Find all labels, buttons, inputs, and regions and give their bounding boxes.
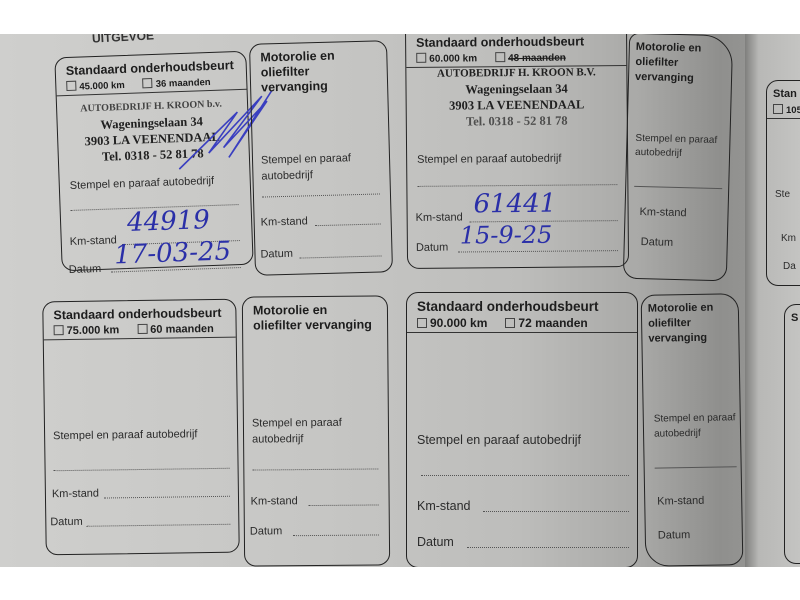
date-value-handwritten: 15-9-25 — [460, 221, 553, 250]
date-line — [293, 534, 379, 536]
km-label: Km-stand — [417, 499, 471, 513]
card-title: S — [785, 305, 800, 326]
checkbox-icon — [137, 324, 147, 334]
signature-line — [252, 468, 378, 470]
service-booklet-photo: UITGEVOE UITG Standaard onderhoudsbeurt … — [0, 34, 800, 567]
date-line — [86, 524, 230, 527]
service-card-90000: Standaard onderhoudsbeurt 90.000 km 72 m… — [406, 292, 638, 567]
checkbox-icon — [417, 318, 427, 328]
km-line — [315, 223, 381, 226]
service-card-60000: Standaard onderhoudsbeurt 60.000 km 48 m… — [405, 34, 629, 269]
checkbox-icon — [66, 81, 76, 91]
km-option: 60.000 km — [416, 52, 477, 65]
date-label: Datum — [416, 242, 449, 254]
date-label: Datum — [69, 263, 102, 276]
signature-line — [655, 466, 737, 468]
card-title: Motorolie enoliefilter vervanging — [642, 294, 739, 347]
oil-change-card-1: Motorolie enoliefilter vervanging Stempe… — [249, 40, 393, 276]
date-line — [467, 547, 629, 548]
stamp-label: Stempel en paraaf autobedrijf — [70, 175, 215, 192]
date-line — [300, 255, 382, 258]
km-line — [104, 496, 230, 499]
km-label: Km-stand — [70, 234, 117, 248]
service-card-75000: Standaard onderhoudsbeurt 75.000 km 60 m… — [42, 299, 240, 556]
stamp-label: Stempel en paraafautobedrijf — [261, 150, 352, 184]
km-option: 45.000 km — [66, 79, 125, 93]
km-label: Km-stand — [416, 211, 463, 223]
oil-change-card-3: Motorolie enoliefilter vervanging Stempe… — [242, 295, 390, 566]
date-label: Datum — [417, 535, 454, 549]
date-label: Da — [783, 261, 796, 272]
months-option: 72 maanden — [505, 316, 587, 330]
stamp-label: Stempel en paraaf autobedrijf — [53, 428, 197, 442]
date-value-handwritten: 17-03-25 — [114, 236, 232, 270]
stamp-label: Stempel en paraaf autobedrijf — [417, 433, 581, 447]
km-value-handwritten: 44919 — [127, 205, 211, 238]
service-card-next-partial: S — [784, 304, 800, 564]
km-label: Km-stand — [657, 495, 704, 508]
stamp-label: Stempel en paraafautobedrijf — [252, 415, 342, 448]
stamp-label: Stempel en paraafautobedrijf — [635, 132, 717, 162]
signature-line — [421, 475, 629, 476]
service-card-105000-partial: Stan 105 Ste Km Da — [766, 80, 800, 286]
card-title: Standaard onderhoudsbeurt — [43, 300, 235, 324]
card-title: Motorolie enoliefilter vervanging — [629, 34, 732, 87]
signature-line — [417, 184, 617, 187]
date-label: Datum — [260, 248, 293, 261]
km-option: 90.000 km — [417, 316, 487, 330]
signature-line — [262, 193, 380, 197]
stamp-label: Stempel en paraafautobedrijf — [654, 410, 736, 441]
checkbox-icon — [773, 104, 783, 114]
signature-line — [54, 468, 230, 471]
months-option: 60 maanden — [137, 323, 214, 336]
date-label: Datum — [250, 525, 283, 537]
km-label: Km-stand — [251, 495, 298, 507]
km-line — [483, 511, 629, 512]
km-line — [309, 504, 379, 506]
stamp-label: Stempel en paraaf autobedrijf — [417, 153, 561, 166]
months-option: 48 maanden — [495, 52, 566, 65]
checkbox-icon — [143, 78, 153, 88]
checkbox-icon — [495, 52, 505, 62]
card-title: Motorolie enoliefilter vervanging — [250, 41, 387, 96]
oil-change-card-4: Motorolie enoliefilter vervanging Stempe… — [641, 293, 744, 567]
checkbox-icon — [416, 53, 426, 63]
km-label: Km-stand — [52, 488, 99, 501]
signature-line — [634, 186, 722, 189]
checkbox-icon — [54, 325, 64, 335]
service-card-45000: Standaard onderhoudsbeurt 45.000 km 36 m… — [54, 51, 253, 272]
card-title: Standaard onderhoudsbeurt — [407, 293, 637, 314]
date-label: Datum — [50, 516, 83, 528]
card-title: Stan — [767, 81, 800, 102]
card-title: Motorolie enoliefilter vervanging — [243, 296, 387, 333]
km-label: Km-stand — [261, 215, 308, 228]
date-line — [458, 250, 618, 252]
stamp-label: Ste — [775, 189, 790, 200]
km-value-handwritten: 61441 — [473, 189, 556, 220]
km-label: Km — [781, 233, 796, 244]
km-label: Km-stand — [639, 206, 686, 219]
date-label: Datum — [658, 529, 691, 542]
km-option: 75.000 km — [54, 324, 120, 337]
dealer-stamp: AUTOBEDRIJF H. KROON B.V. Wageningselaan… — [406, 64, 627, 130]
date-label: Datum — [641, 236, 674, 249]
checkbox-icon — [505, 318, 515, 328]
section-heading-fragment: UITGEVOE — [92, 34, 155, 46]
oil-change-card-2: Motorolie enoliefilter vervanging Stempe… — [623, 34, 733, 281]
km-option: 105 — [773, 104, 800, 116]
